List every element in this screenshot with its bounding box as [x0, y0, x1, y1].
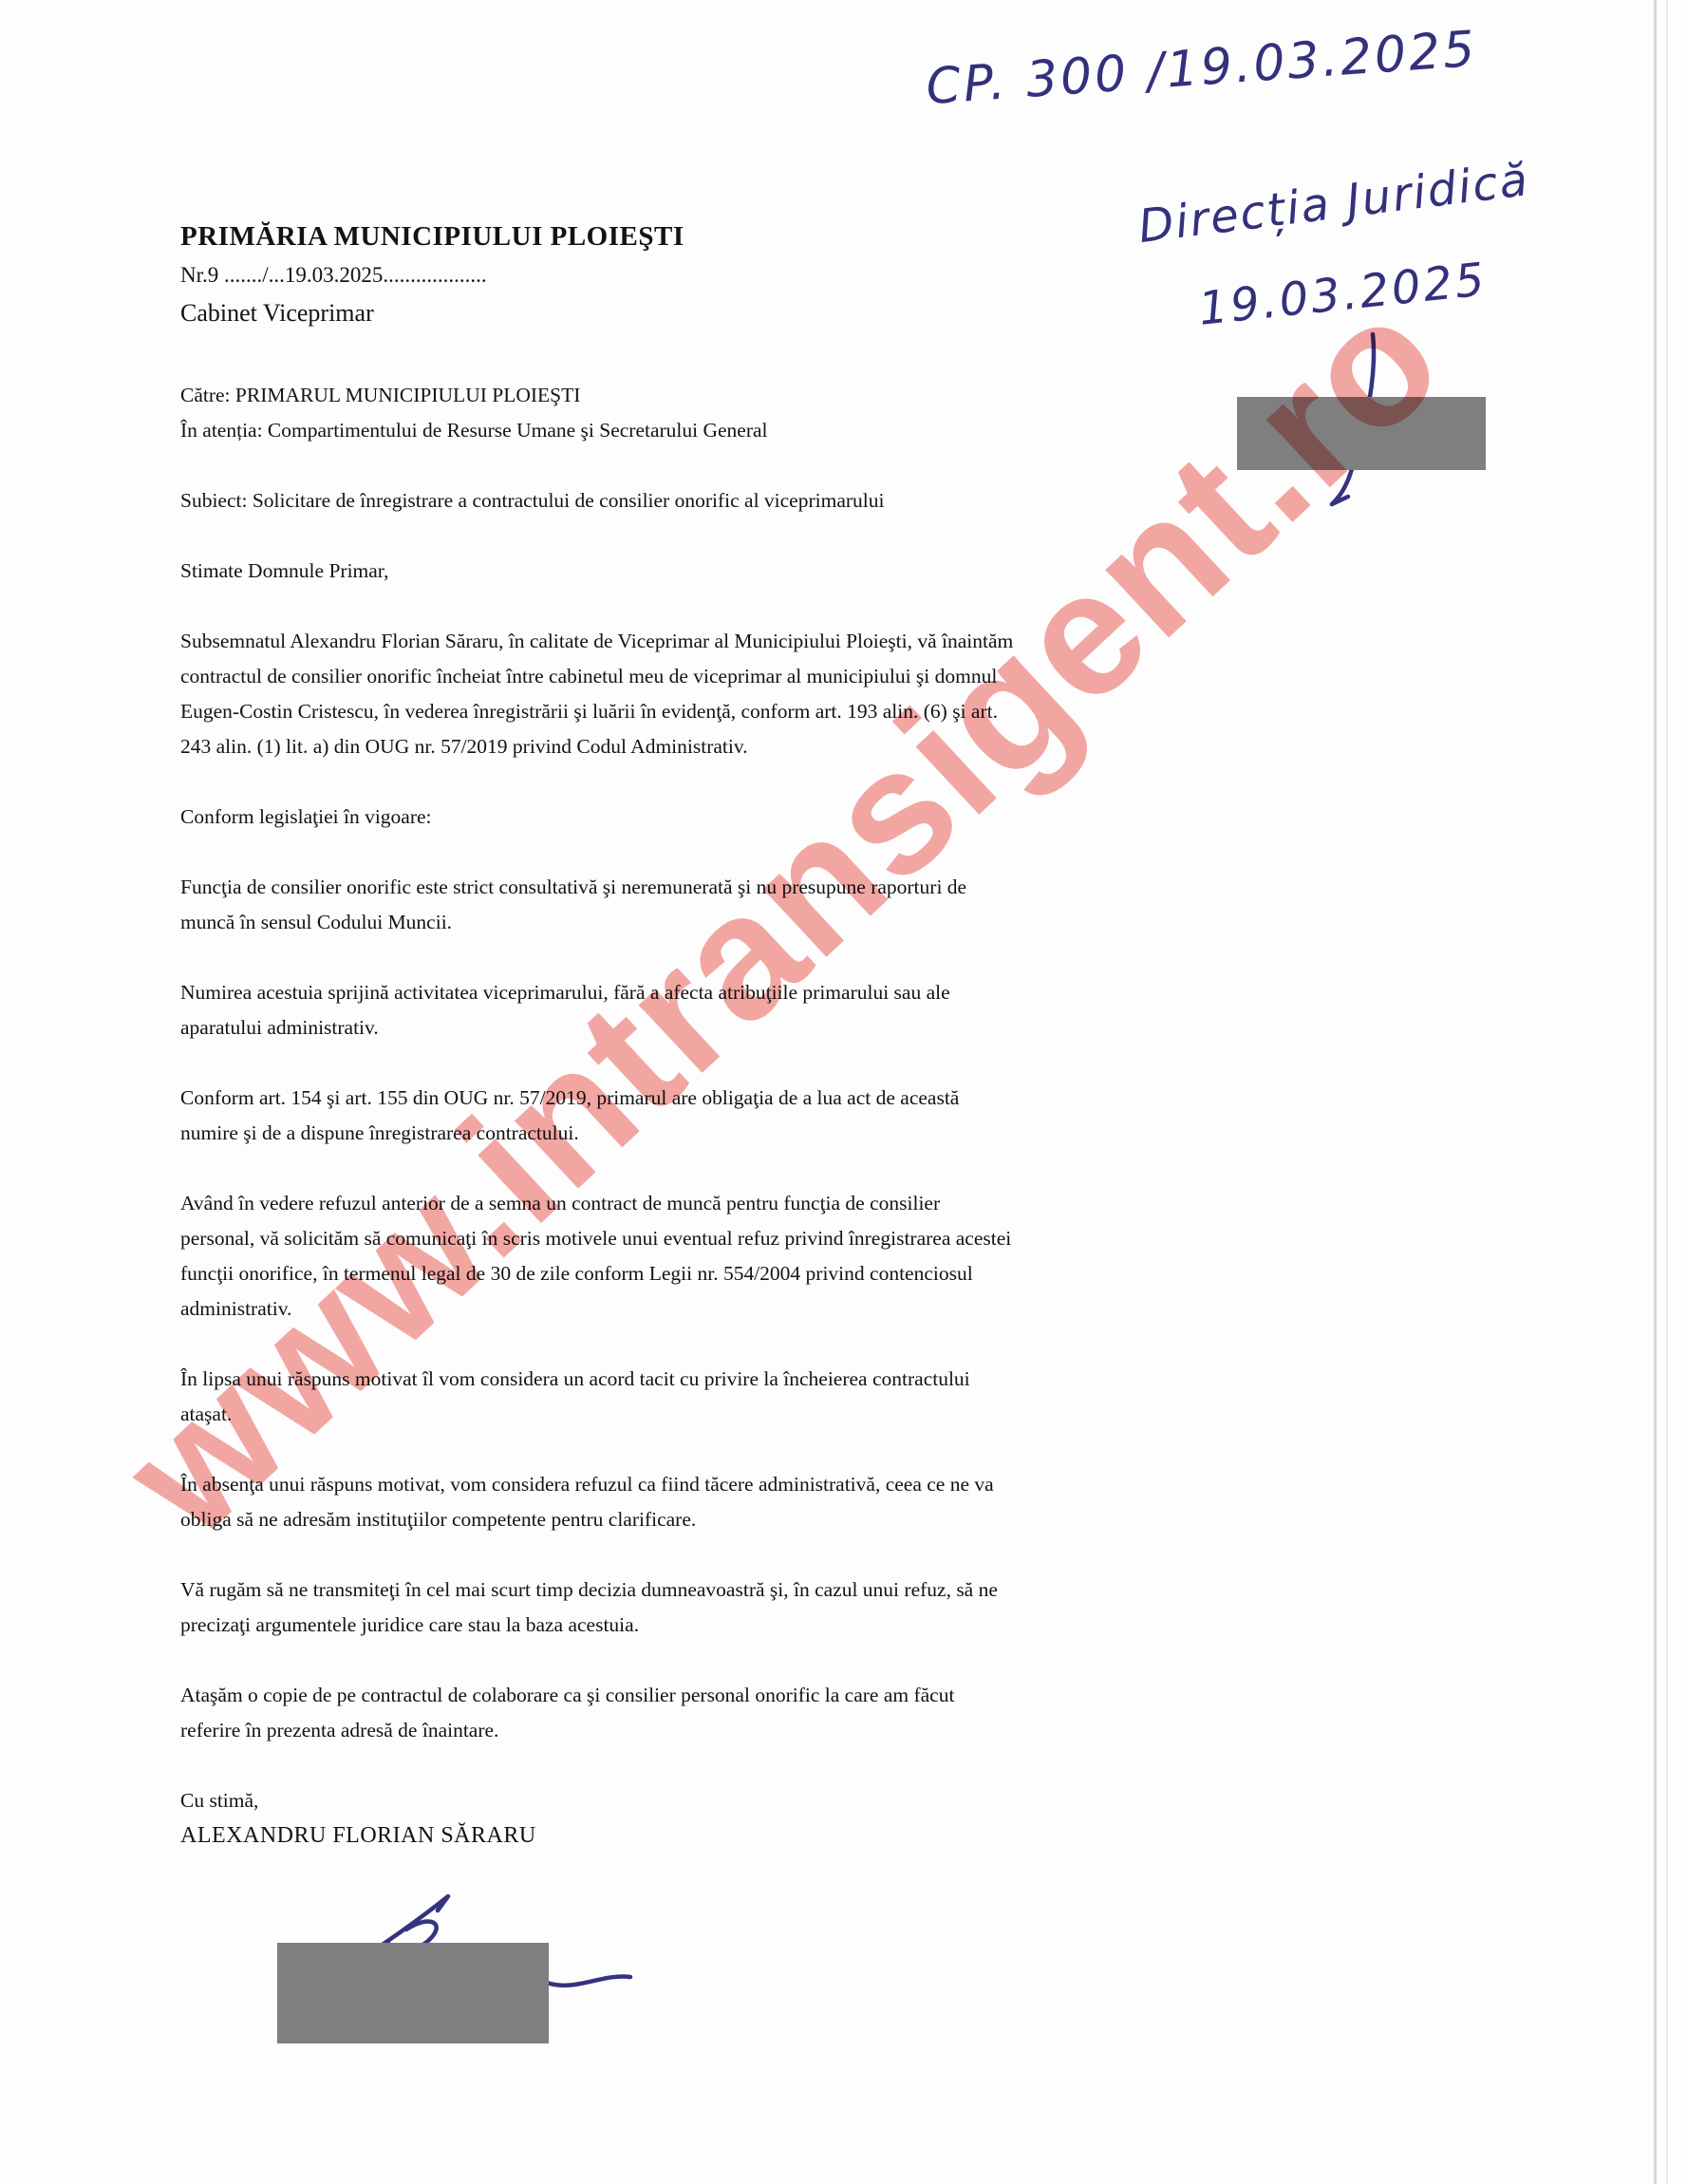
- handwritten-registration-number: CP. 300 /19.03.2025: [925, 21, 1479, 116]
- signer-name: ALEXANDRU FLORIAN SĂRARU: [180, 1818, 1016, 1854]
- arrow-stroke-tick: [1332, 497, 1348, 504]
- subject-line: Subiect: Solicitare de înregistrare a co…: [180, 483, 1016, 518]
- redaction-block-top: [1237, 397, 1486, 470]
- registration-number-line: Nr.9 ......./...19.03.2025..............…: [180, 256, 1035, 294]
- body-paragraph: Ataşăm o copie de pe contractul de colab…: [180, 1678, 1016, 1748]
- closing-salute: Cu stimă,: [180, 1783, 1016, 1818]
- body-paragraph: Având în vedere refuzul anterior de a se…: [180, 1186, 1016, 1327]
- institution-name: PRIMĂRIA MUNICIPIULUI PLOIEŞTI: [180, 217, 1035, 256]
- body-paragraph: Conform art. 154 şi art. 155 din OUG nr.…: [180, 1081, 1016, 1151]
- body-paragraph: Funcţia de consilier onorific este stric…: [180, 870, 1016, 940]
- body-paragraph: Conform legislaţiei în vigoare:: [180, 800, 1016, 835]
- body-paragraph: În absenţa unui răspuns motivat, vom con…: [180, 1467, 1016, 1537]
- handwritten-department-note: Direcția Juridică: [1135, 153, 1532, 254]
- recipient-block: Către: PRIMARUL MUNICIPIULUI PLOIEŞTI În…: [180, 378, 1016, 448]
- recipient-attention: În atenția: Compartimentului de Resurse …: [180, 413, 1016, 448]
- salutation: Stimate Domnule Primar,: [180, 554, 1016, 589]
- scan-edge-line: [1666, 0, 1668, 2184]
- office-name: Cabinet Viceprimar: [180, 294, 1035, 332]
- closing-block: Cu stimă, ALEXANDRU FLORIAN SĂRARU: [180, 1783, 1016, 1854]
- body-paragraph: Numirea acestuia sprijină activitatea vi…: [180, 975, 1016, 1045]
- letter-body: Către: PRIMARUL MUNICIPIULUI PLOIEŞTI În…: [180, 378, 1016, 1854]
- recipient-to: Către: PRIMARUL MUNICIPIULUI PLOIEŞTI: [180, 378, 1016, 413]
- body-paragraph: În lipsa unui răspuns motivat îl vom con…: [180, 1362, 1016, 1432]
- signature-tail-stroke: [547, 1976, 630, 1985]
- handwritten-department-date: 19.03.2025: [1196, 253, 1490, 336]
- scanned-letter-page: CP. 300 /19.03.2025 Direcția Juridică 19…: [0, 0, 1687, 2184]
- redaction-block-signature: [277, 1943, 549, 2043]
- letterhead: PRIMĂRIA MUNICIPIULUI PLOIEŞTI Nr.9 ....…: [180, 217, 1035, 332]
- body-paragraph: Vă rugăm să ne transmiteţi în cel mai sc…: [180, 1572, 1016, 1643]
- body-paragraph: Subsemnatul Alexandru Florian Săraru, în…: [180, 624, 1016, 764]
- scan-edge-line: [1654, 0, 1657, 2184]
